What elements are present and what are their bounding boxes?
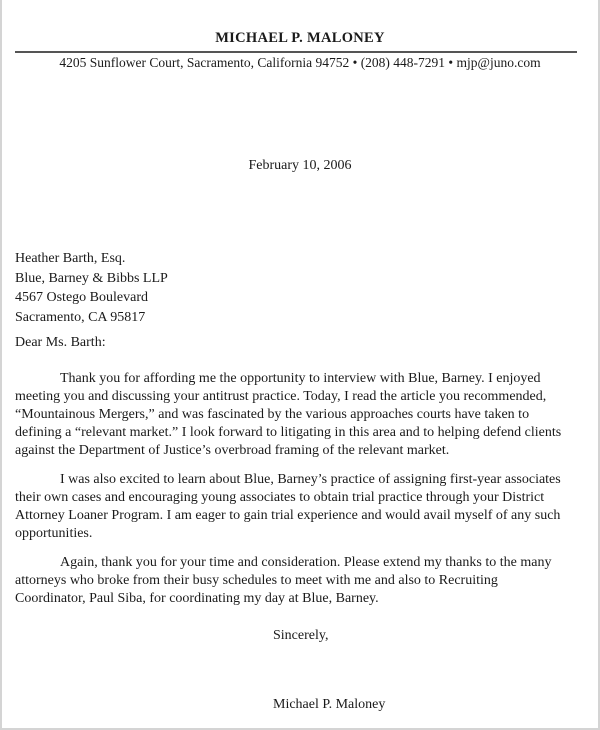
letterhead-name: MICHAEL P. MALONEY bbox=[2, 30, 598, 47]
paragraph-line: defining a “relevant market.” I look for… bbox=[15, 424, 585, 442]
paragraph-line: meeting you and discussing your antitrus… bbox=[15, 388, 585, 406]
paragraph-line: opportunities. bbox=[15, 525, 585, 543]
signature-name: Michael P. Maloney bbox=[273, 697, 385, 713]
letterhead-contact: 4205 Sunflower Court, Sacramento, Califo… bbox=[2, 55, 598, 71]
body-paragraph-3: Again, thank you for your time and consi… bbox=[15, 554, 585, 608]
paragraph-line: Coordinator, Paul Siba, for coordinating… bbox=[15, 590, 585, 608]
recipient-address: Heather Barth, Esq. Blue, Barney & Bibbs… bbox=[15, 249, 168, 327]
paragraph-line: Again, thank you for your time and consi… bbox=[15, 554, 585, 572]
paragraph-line: I was also excited to learn about Blue, … bbox=[15, 471, 585, 489]
paragraph-line: “Mountainous Mergers,” and was fascinate… bbox=[15, 406, 585, 424]
paragraph-line: against the Department of Justice’s over… bbox=[15, 442, 585, 460]
letter-date: February 10, 2006 bbox=[2, 158, 598, 174]
paragraph-line: attorneys who broke from their busy sche… bbox=[15, 572, 585, 590]
paragraph-line: Thank you for affording me the opportuni… bbox=[15, 370, 585, 388]
paragraph-line: Attorney Loaner Program. I am eager to g… bbox=[15, 507, 585, 525]
body-paragraph-2: I was also excited to learn about Blue, … bbox=[15, 471, 585, 543]
recipient-street: 4567 Ostego Boulevard bbox=[15, 288, 168, 308]
letter-page: MICHAEL P. MALONEY 4205 Sunflower Court,… bbox=[0, 0, 600, 730]
salutation: Dear Ms. Barth: bbox=[15, 335, 106, 351]
recipient-city: Sacramento, CA 95817 bbox=[15, 308, 168, 328]
paragraph-line: their own cases and encouraging young as… bbox=[15, 489, 585, 507]
recipient-name: Heather Barth, Esq. bbox=[15, 249, 168, 269]
body-paragraph-1: Thank you for affording me the opportuni… bbox=[15, 370, 585, 460]
letterhead-divider bbox=[15, 51, 577, 53]
closing: Sincerely, bbox=[273, 628, 328, 644]
recipient-firm: Blue, Barney & Bibbs LLP bbox=[15, 269, 168, 289]
